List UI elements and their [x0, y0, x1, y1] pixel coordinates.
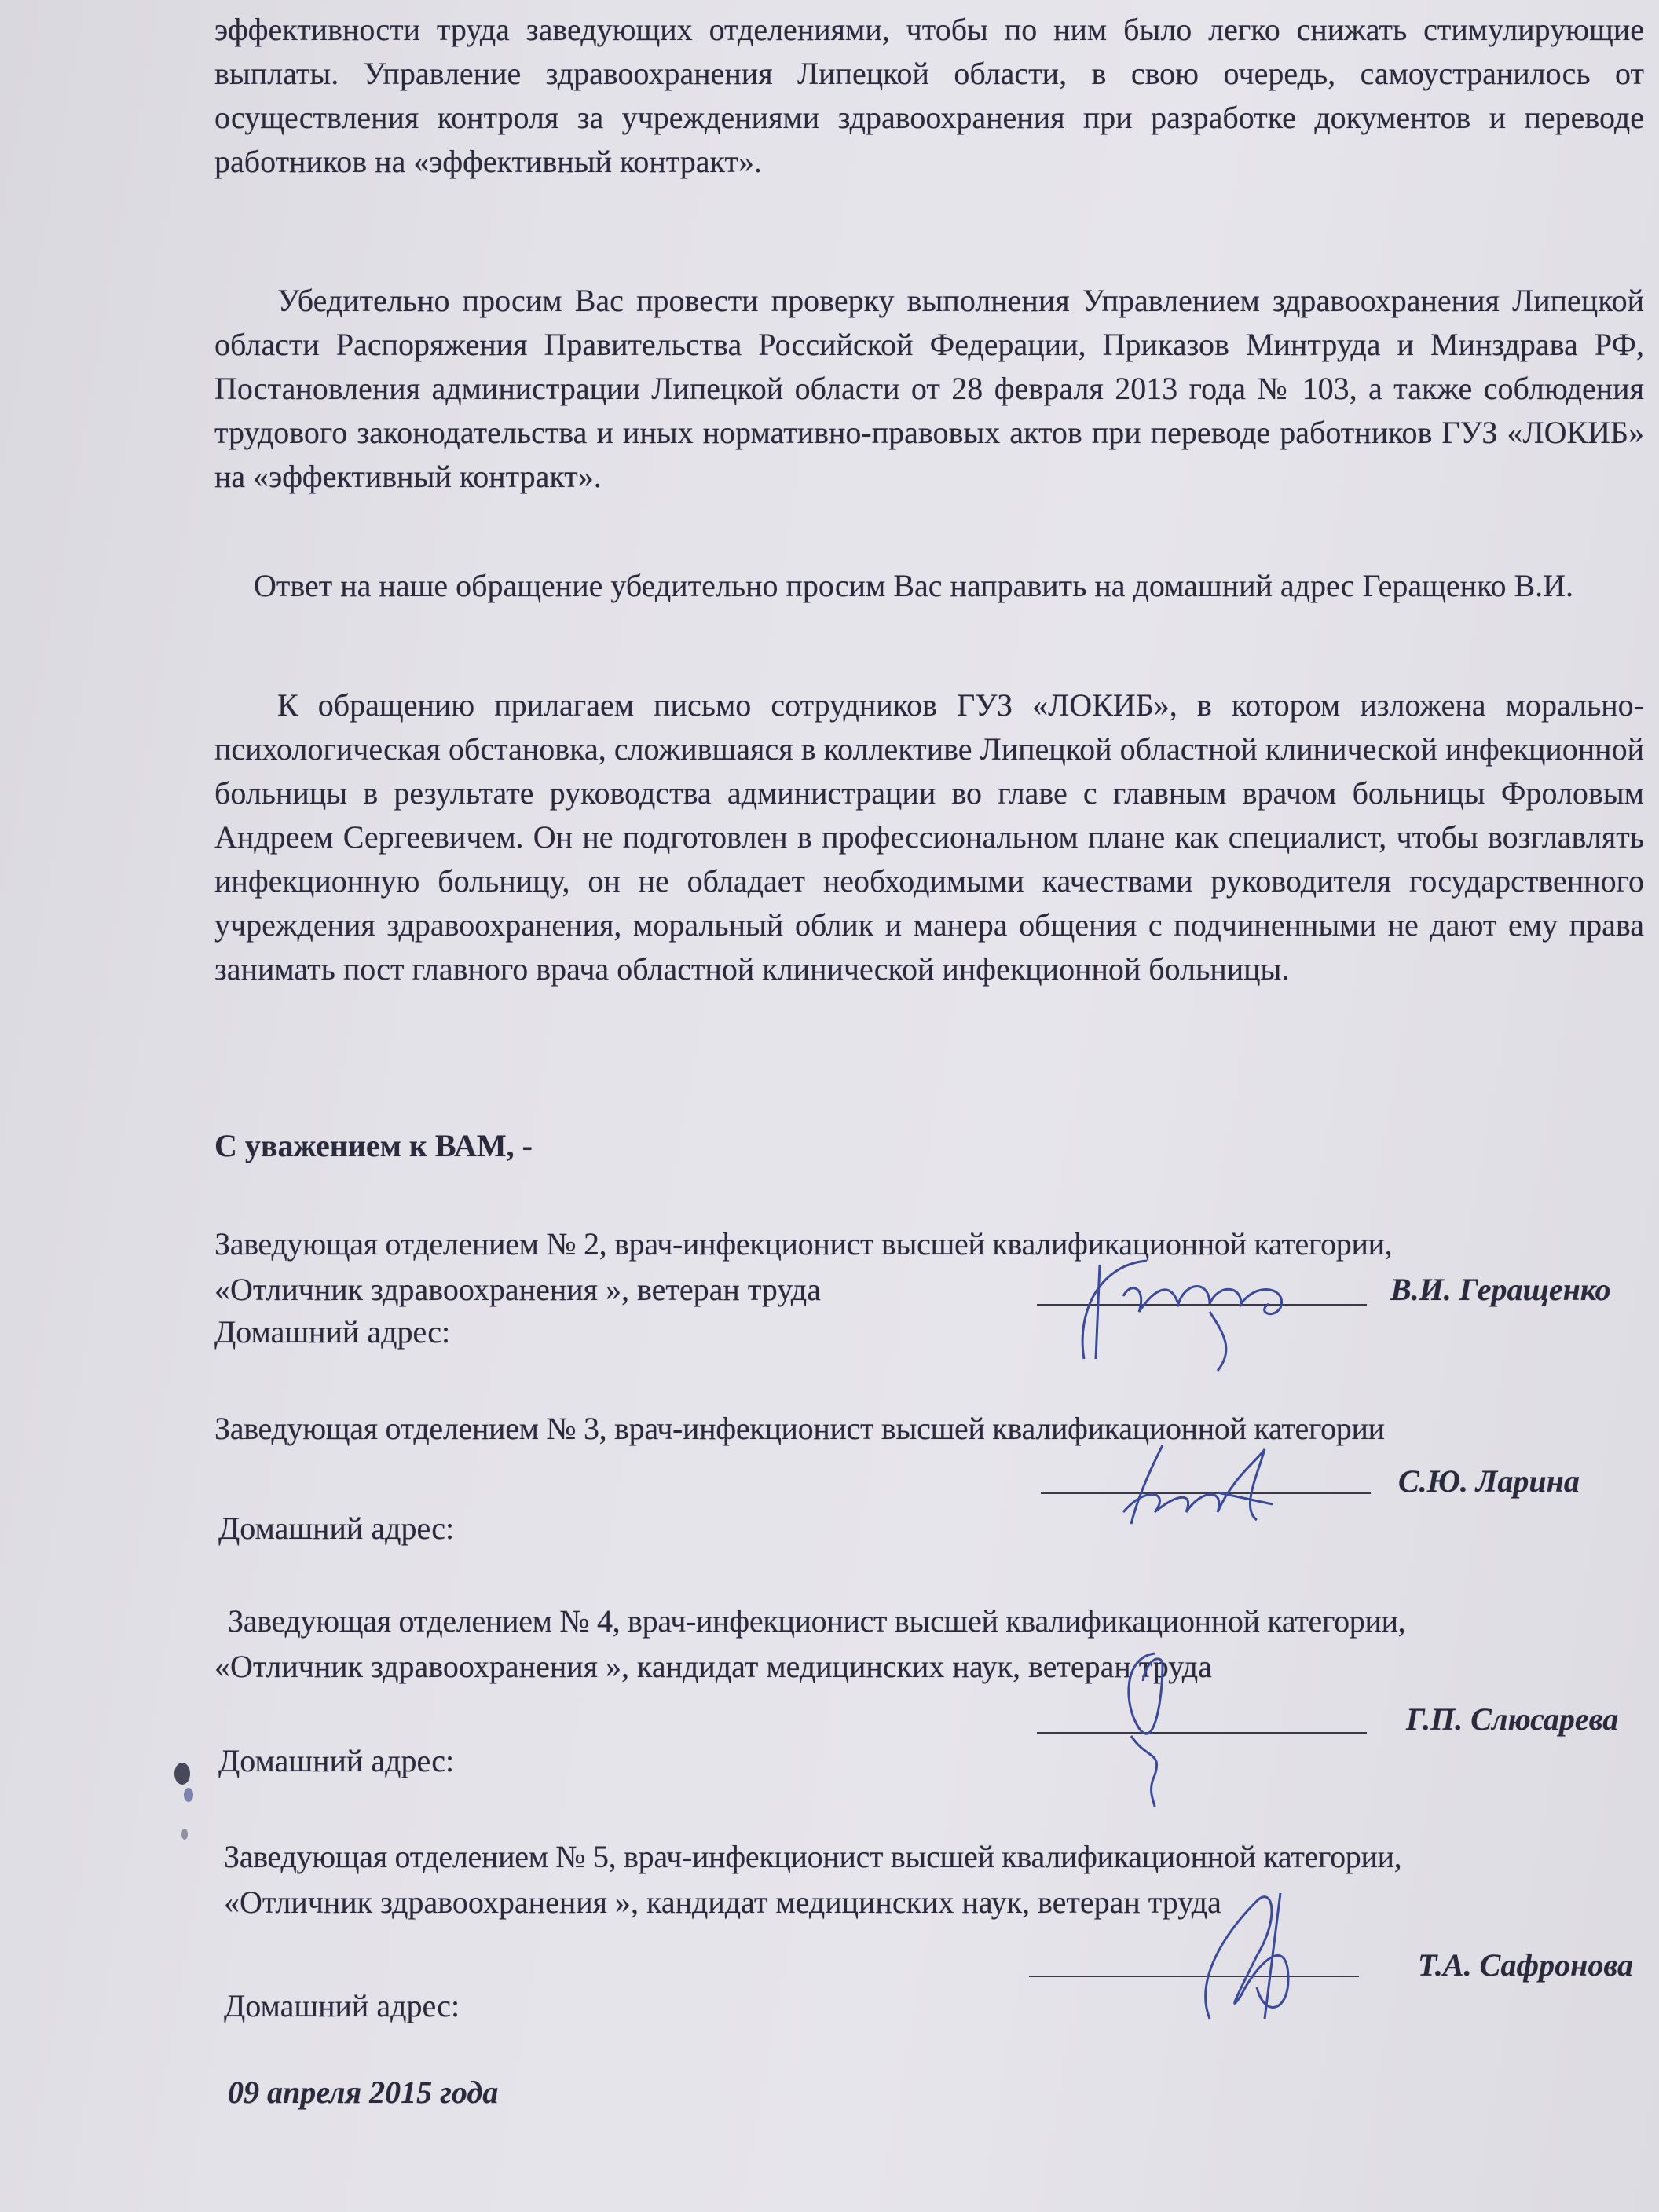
signatory-name: Т.А. Сафронова: [1418, 1946, 1633, 1983]
signatory-title-2: «Отличник здравоохранения », кандидат ме…: [224, 1884, 1221, 1921]
signatory-title: Заведующая отделением № 4, врач-инфекцио…: [228, 1602, 1405, 1639]
paragraph-continuation: эффективности труда заведующих отделения…: [214, 8, 1644, 184]
signature-icon: [1053, 1249, 1382, 1375]
paragraph-text: Ответ на наше обращение убедительно прос…: [254, 568, 1573, 603]
paragraph-text: К обращению прилагаем письмо сотрудников…: [214, 687, 1644, 987]
paragraph-attachment: К обращению прилагаем письмо сотрудников…: [214, 683, 1644, 991]
home-address-label: Домашний адрес:: [224, 1987, 460, 2024]
paragraph-request-inspection: Убедительно просим Вас провести проверку…: [214, 279, 1644, 499]
home-address-label: Домашний адрес:: [214, 1313, 450, 1350]
document-page: эффективности труда заведующих отделения…: [0, 0, 1659, 2212]
paragraph-text: эффективности труда заведующих отделения…: [214, 12, 1644, 179]
signatory-name: Г.П. Слюсарева: [1406, 1701, 1618, 1738]
signatory-title-2: «Отличник здравоохранения », ветеран тру…: [214, 1271, 821, 1308]
ink-smudge-icon: [165, 1760, 204, 1854]
signature-icon: [1178, 1885, 1320, 2027]
signatory-title: Заведующая отделением № 5, врач-инфекцио…: [224, 1838, 1401, 1875]
document-date: 09 апреля 2015 года: [228, 2074, 498, 2111]
signature-icon: [1100, 1445, 1335, 1532]
signature-icon: [1108, 1650, 1202, 1807]
paragraph-text: Убедительно просим Вас провести проверку…: [214, 283, 1644, 494]
home-address-label: Домашний адрес:: [218, 1510, 454, 1547]
signature-line: [1037, 1732, 1367, 1734]
paragraph-reply-address: Ответ на наше обращение убедительно прос…: [214, 564, 1644, 608]
signatory-name: В.И. Геращенко: [1390, 1271, 1611, 1308]
closing-salutation: С уважением к ВАМ, -: [214, 1127, 533, 1164]
home-address-label: Домашний адрес:: [218, 1742, 454, 1779]
signatory-title-2: «Отличник здравоохранения », кандидат ме…: [214, 1648, 1212, 1685]
signatory-title: Заведующая отделением № 3, врач-инфекцио…: [214, 1410, 1385, 1447]
signatory-name: С.Ю. Ларина: [1398, 1463, 1580, 1500]
